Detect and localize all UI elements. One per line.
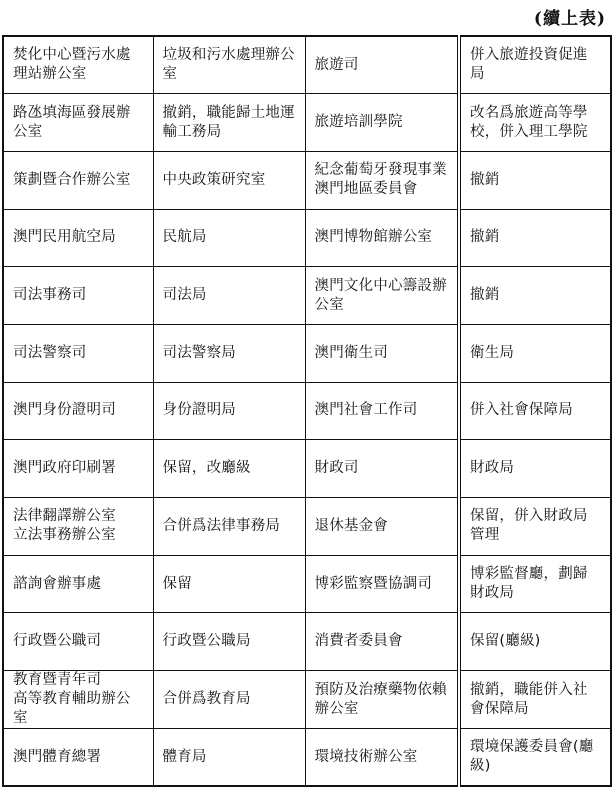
cell-new-status-a: 中央政策研究室 xyxy=(153,151,305,209)
cell-new-status-b: 併入社會保障局 xyxy=(459,382,611,440)
cell-new-status-b: 撤銷，職能併入社會保障局 xyxy=(459,671,611,729)
cell-original-agency-b: 旅遊司 xyxy=(305,36,459,94)
cell-new-status-b: 撤銷 xyxy=(459,151,611,209)
table-row: 司法警察司司法警察局澳門衛生司衛生局 xyxy=(3,324,611,382)
cell-original-agency-b: 博彩監察暨協調司 xyxy=(305,555,459,613)
cell-new-status-b: 博彩監督廳，劃歸財政局 xyxy=(459,555,611,613)
cell-new-status-a: 身份證明局 xyxy=(153,382,305,440)
table-row: 法律翻譯辦公室立法事務辦公室合併爲法律事務局退休基金會保留，併入財政局管理 xyxy=(3,498,611,556)
cell-original-agency-a: 澳門民用航空局 xyxy=(3,209,153,267)
cell-new-status-a: 保留，改廳級 xyxy=(153,440,305,498)
table-row: 司法事務司司法局澳門文化中心籌設辦公室撤銷 xyxy=(3,267,611,325)
cell-new-status-a: 合併爲教育局 xyxy=(153,671,305,729)
cell-new-status-b: 併入旅遊投資促進局 xyxy=(459,36,611,94)
cell-original-agency-b: 旅遊培訓學院 xyxy=(305,94,459,152)
cell-original-agency-b: 環境技術辦公室 xyxy=(305,729,459,787)
cell-original-agency-a: 司法警察司 xyxy=(3,324,153,382)
cell-new-status-a: 合併爲法律事務局 xyxy=(153,498,305,556)
table-continuation-caption: (續上表) xyxy=(534,4,606,29)
cell-new-status-a: 撤銷，職能歸土地運輸工務局 xyxy=(153,94,305,152)
cell-original-agency-b: 澳門博物館辦公室 xyxy=(305,209,459,267)
table-row: 澳門體育總署體育局環境技術辦公室環境保護委員會(廳級) xyxy=(3,729,611,787)
table-row: 澳門民用航空局民航局澳門博物館辦公室撤銷 xyxy=(3,209,611,267)
cell-new-status-b: 衛生局 xyxy=(459,324,611,382)
cell-new-status-b: 撤銷 xyxy=(459,209,611,267)
cell-new-status-a: 民航局 xyxy=(153,209,305,267)
agency-restructuring-table: 焚化中心暨污水處理站辦公室垃圾和污水處理辦公室旅遊司併入旅遊投資促進局路氹填海區… xyxy=(2,35,612,787)
cell-new-status-a: 體育局 xyxy=(153,729,305,787)
cell-original-agency-a: 路氹填海區發展辦公室 xyxy=(3,94,153,152)
cell-original-agency-a: 策劃暨合作辦公室 xyxy=(3,151,153,209)
cell-original-agency-b: 紀念葡萄牙發現事業澳門地區委員會 xyxy=(305,151,459,209)
cell-original-agency-b: 預防及治療藥物依賴辦公室 xyxy=(305,671,459,729)
cell-new-status-a: 行政暨公職局 xyxy=(153,613,305,671)
cell-original-agency-a: 法律翻譯辦公室立法事務辦公室 xyxy=(3,498,153,556)
table-row: 澳門身份證明司身份證明局澳門社會工作司併入社會保障局 xyxy=(3,382,611,440)
cell-new-status-b: 撤銷 xyxy=(459,267,611,325)
cell-new-status-b: 改名爲旅遊高等學校，併入理工學院 xyxy=(459,94,611,152)
table-row: 諮詢會辦事處保留博彩監察暨協調司博彩監督廳，劃歸財政局 xyxy=(3,555,611,613)
table-row: 策劃暨合作辦公室中央政策研究室紀念葡萄牙發現事業澳門地區委員會撤銷 xyxy=(3,151,611,209)
table-row: 教育暨青年司高等教育輔助辦公室合併爲教育局預防及治療藥物依賴辦公室撤銷，職能併入… xyxy=(3,671,611,729)
cell-new-status-b: 財政局 xyxy=(459,440,611,498)
table-row: 行政暨公職司行政暨公職局消費者委員會保留(廳級) xyxy=(3,613,611,671)
cell-new-status-a: 保留 xyxy=(153,555,305,613)
cell-original-agency-b: 退休基金會 xyxy=(305,498,459,556)
cell-original-agency-b: 澳門社會工作司 xyxy=(305,382,459,440)
cell-original-agency-a: 行政暨公職司 xyxy=(3,613,153,671)
cell-original-agency-a: 諮詢會辦事處 xyxy=(3,555,153,613)
cell-new-status-a: 垃圾和污水處理辦公室 xyxy=(153,36,305,94)
table-row: 路氹填海區發展辦公室撤銷，職能歸土地運輸工務局旅遊培訓學院改名爲旅遊高等學校，併… xyxy=(3,94,611,152)
cell-new-status-a: 司法警察局 xyxy=(153,324,305,382)
cell-original-agency-b: 澳門衛生司 xyxy=(305,324,459,382)
cell-new-status-b: 保留，併入財政局管理 xyxy=(459,498,611,556)
cell-original-agency-a: 教育暨青年司高等教育輔助辦公室 xyxy=(3,671,153,729)
cell-original-agency-b: 澳門文化中心籌設辦公室 xyxy=(305,267,459,325)
table-row: 澳門政府印刷署保留，改廳級財政司財政局 xyxy=(3,440,611,498)
cell-new-status-b: 保留(廳級) xyxy=(459,613,611,671)
cell-original-agency-a: 司法事務司 xyxy=(3,267,153,325)
cell-original-agency-b: 財政司 xyxy=(305,440,459,498)
cell-original-agency-a: 澳門身份證明司 xyxy=(3,382,153,440)
table-row: 焚化中心暨污水處理站辦公室垃圾和污水處理辦公室旅遊司併入旅遊投資促進局 xyxy=(3,36,611,94)
cell-original-agency-a: 焚化中心暨污水處理站辦公室 xyxy=(3,36,153,94)
cell-original-agency-a: 澳門體育總署 xyxy=(3,729,153,787)
cell-new-status-a: 司法局 xyxy=(153,267,305,325)
cell-original-agency-a: 澳門政府印刷署 xyxy=(3,440,153,498)
cell-original-agency-b: 消費者委員會 xyxy=(305,613,459,671)
cell-new-status-b: 環境保護委員會(廳級) xyxy=(459,729,611,787)
